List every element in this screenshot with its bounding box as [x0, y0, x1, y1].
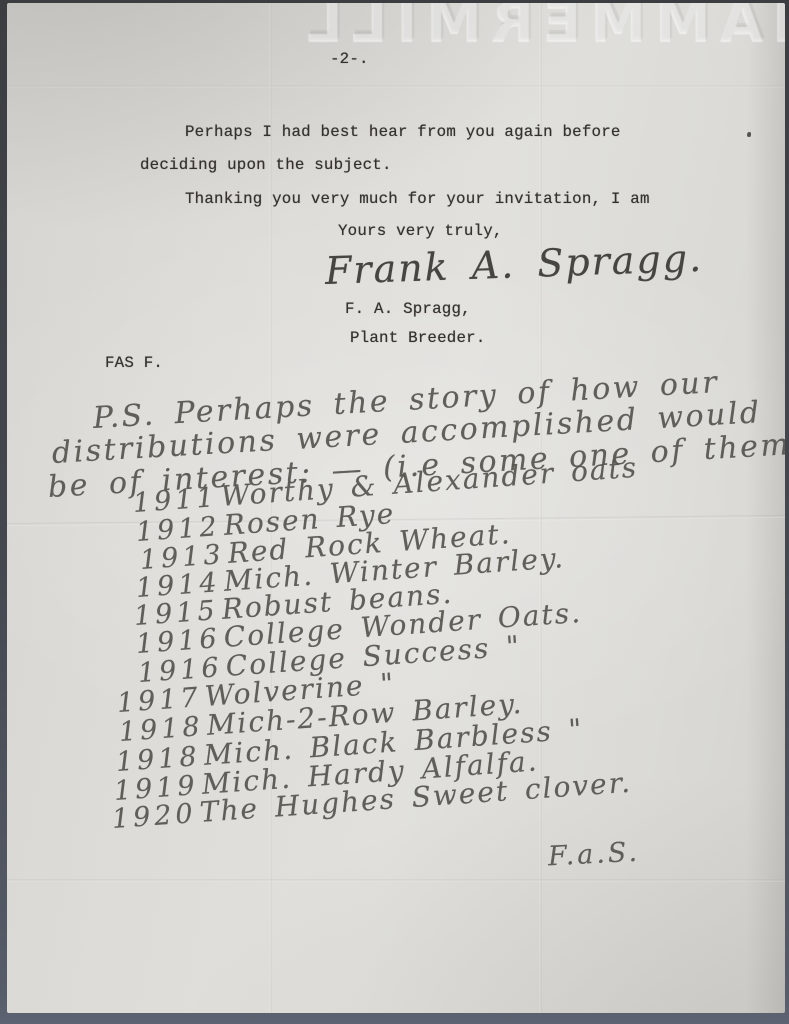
signer-title: Plant Breeder.: [350, 331, 486, 347]
ink-speck: [747, 132, 751, 137]
closing-line: Yours very truly,: [338, 224, 503, 240]
fold-crease-bottom: [7, 879, 785, 882]
postscript-initials: F.a.S.: [547, 837, 640, 873]
reference-initials: FAS F.: [105, 356, 163, 372]
entry-year: 1920: [111, 798, 201, 835]
fold-crease-top: [7, 85, 785, 88]
scanned-letter-page: HAMMERMILL -2-. Perhaps I had best hear …: [0, 0, 789, 1024]
handwritten-signature: Frank A. Spragg.: [324, 236, 704, 293]
thanks-line: Thanking you very much for your invitati…: [185, 192, 650, 208]
letter-paper: HAMMERMILL -2-. Perhaps I had best hear …: [7, 3, 785, 1013]
paper-brand-watermark: HAMMERMILL: [299, 3, 785, 54]
body-paragraph-line-1: Perhaps I had best hear from you again b…: [185, 125, 621, 141]
signer-name: F. A. Spragg,: [345, 302, 471, 318]
body-paragraph-line-2: deciding upon the subject.: [140, 158, 392, 174]
fold-crease-vertical-right: [539, 3, 542, 1013]
page-number: -2-.: [330, 52, 369, 68]
